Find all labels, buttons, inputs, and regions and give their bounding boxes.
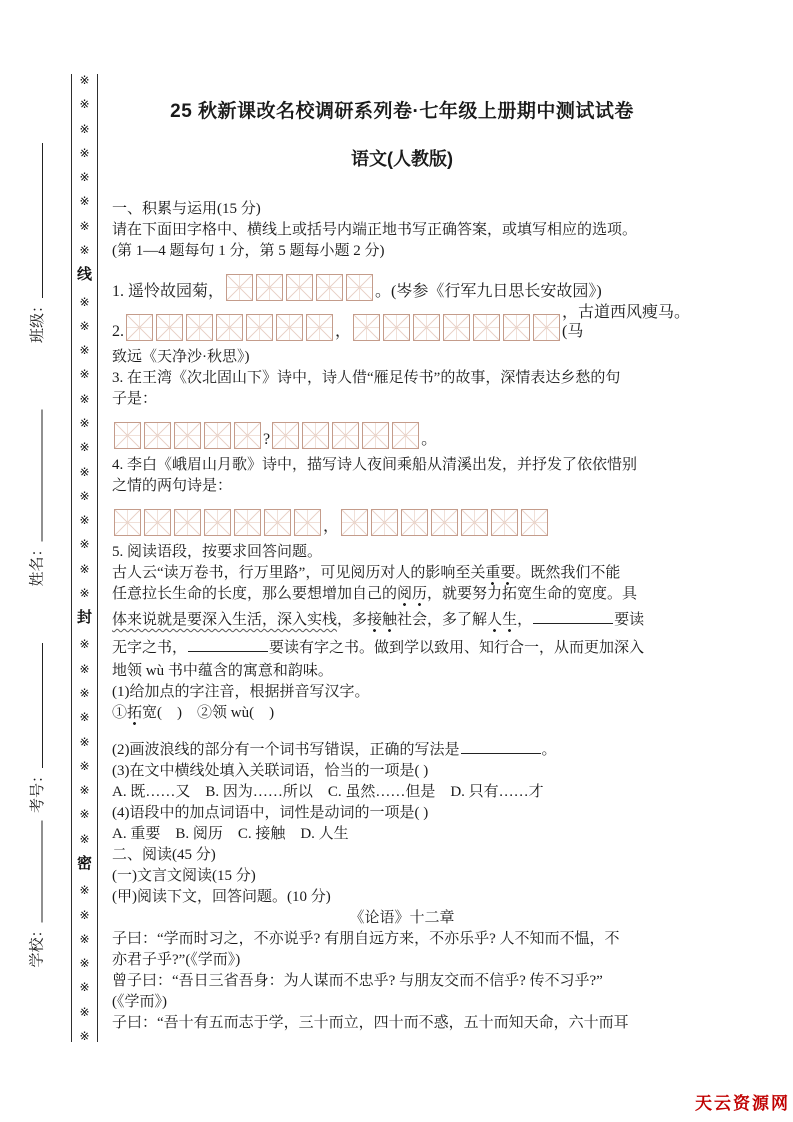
text-segment: ，多 bbox=[337, 612, 367, 628]
tianzige-box-group bbox=[114, 509, 321, 536]
seal-character: 密 bbox=[77, 857, 92, 872]
seal-mark: ※ bbox=[79, 663, 89, 675]
tianzige-box bbox=[144, 509, 171, 536]
tianzige-box bbox=[234, 422, 261, 449]
text-segment: 。既然我们不能 bbox=[515, 565, 620, 581]
tianzige-box bbox=[503, 314, 530, 341]
exam-subtitle: 语文(人教版) bbox=[112, 145, 692, 171]
text-segment: 5. 阅读语段，按要求回答问题。 bbox=[112, 544, 322, 560]
seal-mark: ※ bbox=[79, 466, 89, 478]
seal-mark: ※ bbox=[79, 833, 89, 845]
text-segment: 曾子曰：“吾日三省吾身：为人谋而不忠乎? 与朋友交而不信乎? 传不习乎?” bbox=[112, 973, 603, 989]
passage-line: 无字之书，要读有字之书。做到学以致用、知行合一，从而更加深入 bbox=[112, 637, 692, 659]
section-heading-2: 二、阅读(45 分) bbox=[112, 845, 692, 866]
tianzige-box bbox=[431, 509, 458, 536]
field-write-line bbox=[42, 821, 43, 923]
sub-question-3: (3)在文中横线处填入关联词语，恰当的一项是( ) bbox=[112, 761, 692, 782]
text-segment: ① bbox=[112, 705, 127, 721]
tianzige-box bbox=[473, 314, 500, 341]
seal-mark: ※ bbox=[79, 1006, 89, 1018]
tianzige-box bbox=[264, 509, 291, 536]
student-info-field: 学校： bbox=[24, 821, 48, 968]
question-1: 1. 遥怜故园菊，。(岑参《行军九日思长安故园》) bbox=[112, 267, 692, 301]
text-segment: (甲)阅读下文，回答问题。(10 分) bbox=[112, 889, 331, 905]
text-segment: 之情的两句诗是： bbox=[112, 478, 232, 494]
field-label: 班级： bbox=[28, 298, 48, 343]
tianzige-box bbox=[461, 509, 488, 536]
question-2: 2.，，古道西风瘦马。(马 bbox=[112, 307, 692, 341]
wavy-underlined-phrase: 体来说就是要深入生活，深入实栈 bbox=[112, 612, 337, 628]
text-segment: ，古道西风瘦马。(马 bbox=[562, 303, 692, 341]
tianzige-box bbox=[302, 422, 329, 449]
seal-mark: ※ bbox=[79, 687, 89, 699]
dotted-word: 拓 bbox=[127, 705, 142, 726]
field-write-line bbox=[42, 643, 43, 768]
sub-question-1-items: ①拓宽( ) ②领 wù( ) bbox=[112, 703, 692, 724]
text-segment: 子是： bbox=[112, 391, 157, 407]
sub-question-2: (2)画波浪线的部分有一个词书写错误，正确的写法是。 bbox=[112, 739, 692, 761]
text-segment: ， bbox=[517, 612, 532, 628]
passage-line: 体来说就是要深入生活，深入实栈，多接触社会，多了解人生，要读 bbox=[112, 609, 692, 631]
question-3-cont: 子是： bbox=[112, 389, 692, 410]
student-info-field: 班级： bbox=[24, 143, 48, 343]
seal-mark: ※ bbox=[79, 393, 89, 405]
text-segment: 请在下面田字格中、横线上或括号内端正地书写正确答案，或填写相应的选项。 bbox=[112, 222, 637, 238]
tianzige-box bbox=[204, 509, 231, 536]
tianzige-box bbox=[174, 422, 201, 449]
text-segment: 二、阅读(45 分) bbox=[112, 847, 216, 863]
tianzige-box bbox=[276, 314, 303, 341]
seal-mark: ※ bbox=[79, 957, 89, 969]
seal-mark: ※ bbox=[79, 563, 89, 575]
text-segment: (1)给加点的字注音，根据拼音写汉字。 bbox=[112, 684, 370, 700]
seal-mark: ※ bbox=[79, 74, 89, 86]
text-segment: 1. 遥怜故园菊， bbox=[112, 282, 224, 301]
tianzige-box bbox=[204, 422, 231, 449]
seal-mark: ※ bbox=[79, 344, 89, 356]
tianzige-box bbox=[286, 274, 313, 301]
tianzige-box bbox=[491, 509, 518, 536]
tianzige-box bbox=[114, 422, 141, 449]
passage-line: 曾子曰：“吾日三省吾身：为人谋而不忠乎? 与朋友交而不信乎? 传不习乎?” bbox=[112, 971, 692, 992]
seal-mark: ※ bbox=[79, 123, 89, 135]
passage-line: 子曰：“吾十有五而志于学，三十而立，四十而不惑，五十而知天命，六十而耳 bbox=[112, 1013, 692, 1034]
tianzige-box bbox=[341, 509, 368, 536]
tianzige-box bbox=[186, 314, 213, 341]
exam-title: 25 秋新课改名校调研系列卷·七年级上册期中测试试卷 bbox=[112, 96, 692, 123]
question-3: 3. 在王湾《次北固山下》诗中，诗人借“雁足传书”的故事，深情表达乡愁的句 bbox=[112, 368, 692, 389]
dotted-word: 接触 bbox=[367, 612, 397, 633]
tianzige-box bbox=[521, 509, 548, 536]
passage-title: 《论语》十二章 bbox=[112, 908, 692, 929]
text-segment: (2)画波浪线的部分有一个词书写错误，正确的写法是 bbox=[112, 742, 460, 758]
watermark: 天云资源网 bbox=[695, 1089, 790, 1114]
exam-paper-page: 班级：姓名：考号：学校： ※※※※※※※※线※※※※※※※※※※※※※封※※※※… bbox=[0, 0, 793, 1122]
seal-mark: ※ bbox=[79, 981, 89, 993]
field-label: 姓名： bbox=[28, 541, 48, 586]
text-segment: (3)在文中横线处填入关联词语，恰当的一项是( ) bbox=[112, 763, 428, 779]
tianzige-box bbox=[156, 314, 183, 341]
answer-blank bbox=[188, 637, 268, 652]
text-segment: 要读有字之书。做到学以致用、知行合一，从而更加深入 bbox=[269, 640, 644, 656]
tianzige-box bbox=[306, 314, 333, 341]
tianzige-box bbox=[316, 274, 343, 301]
tianzige-box bbox=[392, 422, 419, 449]
seal-mark: ※ bbox=[79, 147, 89, 159]
seal-mark: ※ bbox=[79, 490, 89, 502]
text-segment: ， bbox=[335, 322, 351, 341]
tianzige-box bbox=[346, 274, 373, 301]
seal-mark: ※ bbox=[79, 441, 89, 453]
text-segment: 《论语》十二章 bbox=[349, 910, 454, 926]
text-segment: 要读 bbox=[614, 612, 644, 628]
seal-line-column: ※※※※※※※※线※※※※※※※※※※※※※封※※※※※※※※※密※※※※※※※ bbox=[71, 74, 98, 1042]
text-segment: 。 bbox=[421, 430, 437, 449]
text-segment: (第 1—4 题每句 1 分，第 5 题每小题 2 分) bbox=[112, 243, 385, 259]
passage-line: 任意拉长生命的长度，那么要想增加自己的阅历，就要努力拓宽生命的宽度。具 bbox=[112, 584, 692, 605]
text-segment: 任意拉长生命的长度，那么要想增加自己的 bbox=[112, 586, 397, 602]
tianzige-box bbox=[174, 509, 201, 536]
passage-line: 亦君子乎?”(《学而》) bbox=[112, 950, 692, 971]
field-write-line bbox=[42, 410, 43, 542]
text-segment: 2. bbox=[112, 322, 124, 341]
passage-line: 子曰：“学而时习之，不亦说乎? 有朋自远方来，不亦乐乎? 人不知而不愠，不 bbox=[112, 929, 692, 950]
seal-mark: ※ bbox=[79, 784, 89, 796]
subsection-heading: (一)文言文阅读(15 分) bbox=[112, 866, 692, 887]
dotted-word: 阅历 bbox=[397, 586, 427, 607]
tianzige-box-group bbox=[341, 509, 548, 536]
seal-mark: ※ bbox=[79, 884, 89, 896]
text-segment: 地领 wù 书中蕴含的寓意和韵味。 bbox=[112, 663, 333, 679]
section-heading-1: 一、积累与运用(15 分) bbox=[112, 199, 692, 220]
seal-mark: ※ bbox=[79, 711, 89, 723]
seal-mark: ※ bbox=[79, 909, 89, 921]
sub-question-3-options: A. 既……又 B. 因为……所以 C. 虽然……但是 D. 只有……才 bbox=[112, 782, 692, 803]
seal-mark: ※ bbox=[79, 171, 89, 183]
tianzige-box-group bbox=[126, 314, 333, 341]
sub-question-4: (4)语段中的加点词语中，词性是动词的一项是( ) bbox=[112, 803, 692, 824]
tianzige-box-group bbox=[272, 422, 419, 449]
exam-body: 一、积累与运用(15 分)请在下面田字格中、横线上或括号内端正地书写正确答案，或… bbox=[112, 199, 692, 1034]
tianzige-box bbox=[533, 314, 560, 341]
text-segment: 。(岑参《行军九日思长安故园》) bbox=[375, 282, 602, 301]
seal-mark: ※ bbox=[79, 320, 89, 332]
tianzige-box bbox=[226, 274, 253, 301]
seal-mark: ※ bbox=[79, 417, 89, 429]
sub-question-4-options: A. 重要 B. 阅历 C. 接触 D. 人生 bbox=[112, 824, 692, 845]
tianzige-box bbox=[362, 422, 389, 449]
seal-mark: ※ bbox=[79, 244, 89, 256]
tianzige-box-group bbox=[226, 274, 373, 301]
instruction-line: 请在下面田字格中、横线上或括号内端正地书写正确答案，或填写相应的选项。 bbox=[112, 220, 692, 241]
dotted-word: 重要 bbox=[485, 565, 515, 586]
seal-mark: ※ bbox=[79, 736, 89, 748]
tianzige-box-group bbox=[353, 314, 560, 341]
answer-blank bbox=[461, 739, 541, 754]
tianzige-box bbox=[126, 314, 153, 341]
passage-line: (《学而》) bbox=[112, 992, 692, 1013]
tianzige-box bbox=[383, 314, 410, 341]
tianzige-box bbox=[216, 314, 243, 341]
instruction-line: (第 1—4 题每句 1 分，第 5 题每小题 2 分) bbox=[112, 241, 692, 262]
text-segment: 一、积累与运用(15 分) bbox=[112, 201, 261, 217]
tianzige-box bbox=[234, 509, 261, 536]
text-segment: A. 既……又 B. 因为……所以 C. 虽然……但是 D. 只有……才 bbox=[112, 784, 544, 800]
passage-line: 地领 wù 书中蕴含的寓意和韵味。 bbox=[112, 661, 692, 682]
text-segment: (4)语段中的加点词语中，词性是动词的一项是( ) bbox=[112, 805, 428, 821]
question-5: 5. 阅读语段，按要求回答问题。 bbox=[112, 542, 692, 563]
seal-mark: ※ bbox=[79, 638, 89, 650]
text-segment: 子曰：“学而时习之，不亦说乎? 有朋自远方来，不亦乐乎? 人不知而不愠，不 bbox=[112, 931, 619, 947]
seal-mark: ※ bbox=[79, 538, 89, 550]
field-write-line bbox=[42, 143, 43, 298]
question-4: 4. 李白《峨眉山月歌》诗中，描写诗人夜间乘船从清溪出发，并抒发了依依惜别 bbox=[112, 455, 692, 476]
seal-mark: ※ bbox=[79, 98, 89, 110]
seal-mark: ※ bbox=[79, 808, 89, 820]
tianzige-box bbox=[144, 422, 171, 449]
answer-blank bbox=[533, 609, 613, 624]
text-segment: 亦君子乎?”(《学而》) bbox=[112, 952, 240, 968]
reading-instruction: (甲)阅读下文，回答问题。(10 分) bbox=[112, 887, 692, 908]
student-info-field: 姓名： bbox=[24, 410, 48, 587]
question-2-cont: 致远《天净沙·秋思》) bbox=[112, 347, 692, 368]
tianzige-box bbox=[332, 422, 359, 449]
tianzige-box bbox=[272, 422, 299, 449]
seal-mark: ※ bbox=[79, 933, 89, 945]
passage-line: 古人云“读万卷书，行万里路”，可见阅历对人的影响至关重要。既然我们不能 bbox=[112, 563, 692, 584]
tianzige-box bbox=[256, 274, 283, 301]
seal-mark: ※ bbox=[79, 1030, 89, 1042]
text-segment: 3. 在王湾《次北固山下》诗中，诗人借“雁足传书”的故事，深情表达乡愁的句 bbox=[112, 370, 620, 386]
tianzige-box bbox=[114, 509, 141, 536]
text-segment: 。 bbox=[542, 742, 557, 758]
text-segment: 致远《天净沙·秋思》) bbox=[112, 349, 250, 365]
tianzige-box bbox=[353, 314, 380, 341]
text-segment: 4. 李白《峨眉山月歌》诗中，描写诗人夜间乘船从清溪出发，并抒发了依依惜别 bbox=[112, 457, 637, 473]
tianzige-box bbox=[294, 509, 321, 536]
text-segment: (《学而》) bbox=[112, 994, 167, 1010]
sub-question-1: (1)给加点的字注音，根据拼音写汉字。 bbox=[112, 682, 692, 703]
tianzige-box bbox=[401, 509, 428, 536]
seal-mark: ※ bbox=[79, 296, 89, 308]
text-segment: ， bbox=[323, 517, 339, 536]
exam-content: 25 秋新课改名校调研系列卷·七年级上册期中测试试卷 语文(人教版) 一、积累与… bbox=[112, 92, 692, 1034]
text-segment: 子曰：“吾十有五而志于学，三十而立，四十而不惑，五十而知天命，六十而耳 bbox=[112, 1015, 629, 1031]
text-segment: (一)文言文阅读(15 分) bbox=[112, 868, 256, 884]
seal-mark: ※ bbox=[79, 514, 89, 526]
field-label: 学校： bbox=[28, 922, 48, 967]
text-segment: 宽( ) ②领 wù( ) bbox=[142, 705, 274, 721]
seal-mark: ※ bbox=[79, 220, 89, 232]
tianzige-box bbox=[371, 509, 398, 536]
question-4-cont: 之情的两句诗是： bbox=[112, 476, 692, 497]
seal-character: 线 bbox=[77, 268, 92, 283]
dotted-word: 人生 bbox=[487, 612, 517, 633]
text-segment: 社会，多了解 bbox=[397, 612, 487, 628]
question-4-answer: ， bbox=[112, 502, 692, 536]
tianzige-box bbox=[246, 314, 273, 341]
text-segment: 无字之书， bbox=[112, 640, 187, 656]
text-segment: A. 重要 B. 阅历 C. 接触 D. 人生 bbox=[112, 826, 349, 842]
tianzige-box bbox=[443, 314, 470, 341]
seal-mark: ※ bbox=[79, 195, 89, 207]
seal-character: 封 bbox=[77, 611, 92, 626]
seal-mark: ※ bbox=[79, 368, 89, 380]
student-info-field: 考号： bbox=[24, 643, 48, 813]
seal-mark: ※ bbox=[79, 587, 89, 599]
tianzige-box-group bbox=[114, 422, 261, 449]
tianzige-box bbox=[413, 314, 440, 341]
question-3-answer: ?。 bbox=[112, 415, 692, 449]
text-segment: ? bbox=[263, 430, 270, 449]
seal-mark: ※ bbox=[79, 760, 89, 772]
text-segment: ，就要努力拓宽生命的宽度。具 bbox=[427, 586, 637, 602]
field-label: 考号： bbox=[28, 768, 48, 813]
text-segment: 古人云“读万卷书，行万里路”，可见阅历对人的影响至关 bbox=[112, 565, 485, 581]
